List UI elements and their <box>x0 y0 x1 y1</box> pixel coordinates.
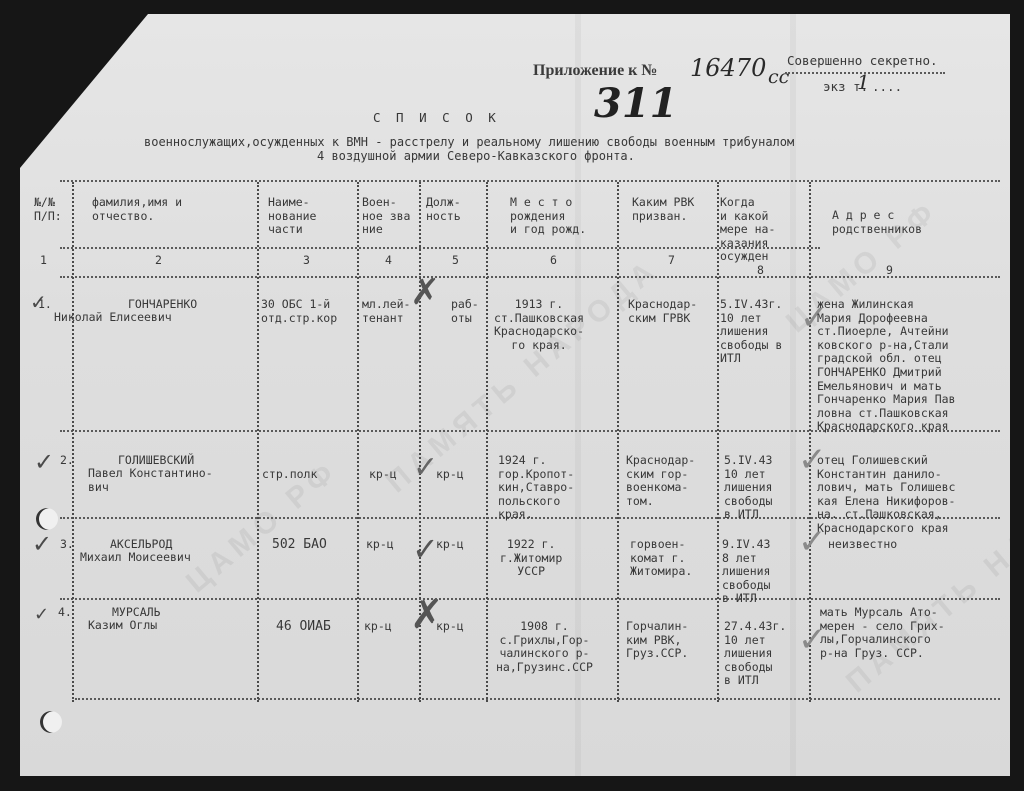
classification-stamp: Совершенно секретно. <box>787 54 938 68</box>
punch-hole <box>36 508 58 530</box>
row-num: 1. <box>38 298 52 312</box>
row-rvk: Краснодар- ским гор- военкома- том. <box>626 454 695 508</box>
row-birth: 1913 г. ст.Пашковская Краснодарско- го к… <box>494 298 584 352</box>
row-unit: 30 ОБС 1-й отд.стр.кор <box>261 298 337 325</box>
row-unit: 502 БАО <box>272 538 327 552</box>
table-bottom-rule <box>75 698 1000 700</box>
row-birth: 1908 г. с.Грихлы,Гор- чалинского р- на,Г… <box>496 620 593 674</box>
col-num: 5 <box>452 254 459 268</box>
appendix-label: Приложение к № <box>533 62 657 80</box>
col-header-birth: М е с т о рождения и год рожд. <box>510 196 586 237</box>
appendix-number: 16470 <box>690 54 766 82</box>
row-unit: стр.полк <box>262 454 317 481</box>
document-heading: С П И С О К <box>373 111 500 125</box>
table-top-rule <box>60 180 1000 182</box>
row-sentence: 5.IV.43 10 лет лишения свободы в ИТЛ <box>724 454 772 522</box>
col-num: 4 <box>385 254 392 268</box>
punch-hole <box>40 711 62 733</box>
fold-line <box>790 14 796 776</box>
col-num: 7 <box>668 254 675 268</box>
row-relatives: отец Голишевский Константин данило- лови… <box>817 454 955 536</box>
col-header-unit: Наиме- нование части <box>268 196 316 237</box>
row-name: Павел Константино- вич <box>88 467 213 494</box>
page-number-handwritten: 311 <box>594 80 678 127</box>
row-birth: 1922 г. г.Житомир УССР <box>500 538 562 579</box>
row-rvk: Краснодар- ским ГРВК <box>628 298 697 325</box>
row-sentence: 5.IV.43г. 10 лет лишения свободы в ИТЛ <box>720 298 782 366</box>
col-num: 3 <box>303 254 310 268</box>
row-name: Николай Елисеевич <box>54 311 172 325</box>
row-rank: мл.лей- тенант <box>362 298 410 325</box>
col-num: 8 <box>757 264 764 278</box>
row-name: Казим Оглы <box>88 619 157 633</box>
row-rank: кр-ц <box>366 538 394 552</box>
column-separator <box>257 182 259 702</box>
checkmark-icon: ✓ <box>34 448 54 476</box>
header-rule <box>60 247 820 249</box>
column-separator <box>617 182 619 702</box>
checkmark-icon: ✓ <box>34 604 49 625</box>
col-num: 9 <box>886 264 893 278</box>
row-relatives: неизвестно <box>828 538 897 552</box>
col-header-rank: Воен- ное зва ние <box>362 196 410 237</box>
row-num: 2. <box>60 454 74 468</box>
checkmark-icon: ✓ <box>798 522 827 562</box>
row-rank: кр-ц <box>369 454 397 481</box>
column-separator <box>717 182 719 702</box>
row-relatives: мать Мурсаль Ато- мерен - село Грих- лы,… <box>820 606 945 660</box>
col-header-num: №/№ П/П: <box>34 196 62 223</box>
row-rvk: Горчалин- ким РВК, Груз.ССР. <box>626 620 688 661</box>
checkmark-icon: ✓ <box>32 530 52 558</box>
row-position: кр-ц <box>436 538 464 552</box>
row-sentence: 9.IV.43 8 лет лишения свободы в ИТЛ <box>722 538 770 606</box>
column-separator <box>486 182 488 702</box>
cross-mark-icon: ✗ <box>410 272 440 313</box>
row-position: кр-ц <box>436 454 464 481</box>
row-name: Михаил Моисеевич <box>80 551 191 565</box>
title-line-2: 4 воздушной армии Северо-Кавказского фро… <box>317 150 635 164</box>
row-position: раб- оты <box>451 298 479 325</box>
row-rank: кр-ц <box>364 606 392 633</box>
row-rvk: горвоен- комат г. Житомира. <box>630 538 692 579</box>
col-header-relatives: А д р е с родственников <box>832 209 922 236</box>
copy-number: 1 <box>857 70 870 94</box>
col-header-position: Долж- ность <box>426 196 461 223</box>
checkmark-icon: ✓ <box>412 530 439 568</box>
column-number-rule <box>60 276 1000 278</box>
column-separator <box>72 182 74 702</box>
row-position: кр-ц <box>436 606 464 633</box>
row-num: 4. <box>58 606 72 620</box>
col-num: 2 <box>155 254 162 268</box>
row-num: 3. <box>60 538 74 552</box>
row-relatives: жена Жилинская Мария Дорофеевна ст.Пиоер… <box>817 298 955 434</box>
checkmark-icon: ✓ <box>413 450 438 485</box>
col-header-sentence: Когда и какой мере на- казания осужден <box>720 196 775 264</box>
appendix-suffix: сс <box>768 66 789 88</box>
row-sentence: 27.4.43г. 10 лет лишения свободы в ИТЛ <box>724 620 786 688</box>
title-line-1: военнослужащих,осужденных к ВМН - расстр… <box>144 136 794 150</box>
col-num: 6 <box>550 254 557 268</box>
col-num: 1 <box>40 254 47 268</box>
column-separator <box>357 182 359 702</box>
row-unit: 46 ОИАБ <box>276 606 331 633</box>
copy-dots: .... <box>872 80 902 94</box>
col-header-name: фамилия,имя и отчество. <box>92 196 182 223</box>
row-birth: 1924 г. гор.Кропот- кин,Ставро- польског… <box>498 454 574 522</box>
document-page: ЦАМО РФ ПАМЯТЬ НАРОДА ЦАМО РФ ПАМЯТЬ НАР… <box>20 14 1010 776</box>
row-rule <box>60 598 1000 600</box>
col-header-rvk: Каким РВК призван. <box>632 196 694 223</box>
